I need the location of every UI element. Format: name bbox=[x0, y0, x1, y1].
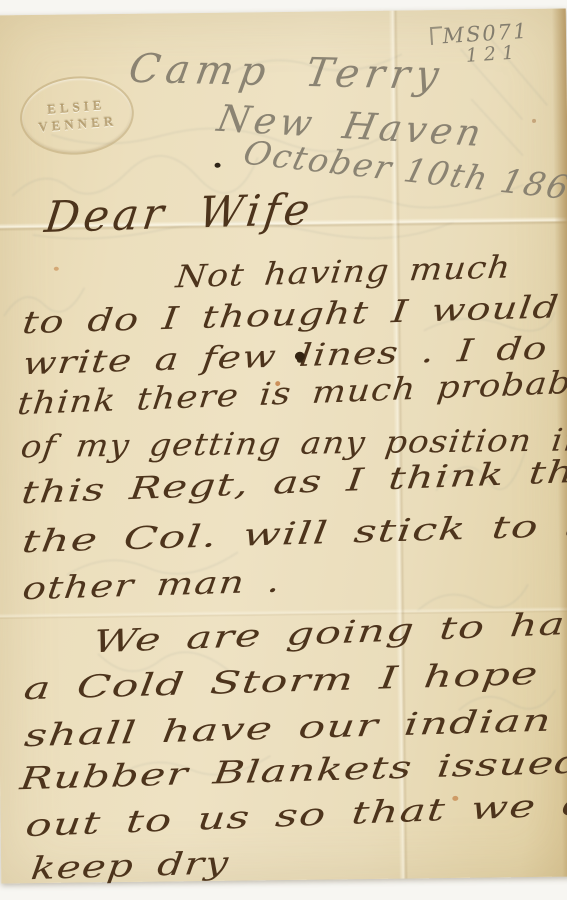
rust-stain bbox=[452, 796, 458, 801]
annotation-bracket-mark bbox=[430, 26, 443, 45]
rust-stain bbox=[275, 381, 280, 386]
rust-stain bbox=[532, 119, 536, 123]
ink-speck bbox=[215, 163, 221, 168]
body-line: keep dry bbox=[29, 845, 231, 887]
rust-stain bbox=[54, 267, 59, 271]
salutation: Dear Wife bbox=[42, 185, 317, 243]
annotation-item-number: 121 bbox=[465, 41, 530, 67]
heading-place-line: Camp Terry bbox=[126, 46, 448, 99]
ink-blot bbox=[295, 352, 305, 361]
scanned-letter-page: ELSIE VENNER MS071 121 Camp Terry New Ha… bbox=[0, 0, 567, 900]
letter-paper: ELSIE VENNER MS071 121 Camp Terry New Ha… bbox=[0, 9, 567, 884]
archive-annotation: MS071 121 bbox=[442, 19, 531, 68]
